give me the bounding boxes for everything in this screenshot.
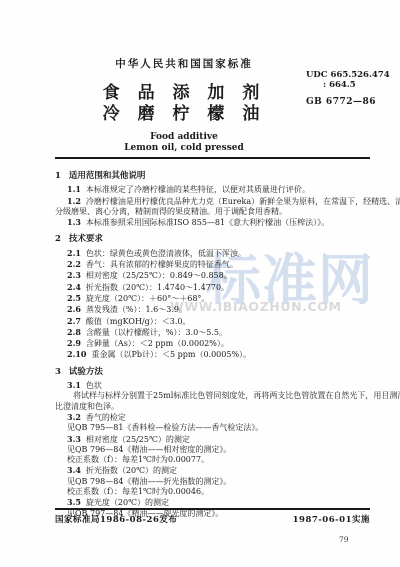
doc-line: 3.3相对密度（25/25℃）的测定 (55, 434, 373, 445)
doc-line-text: 校正系数（f）：每差1℃时为0.00046。 (67, 487, 209, 496)
doc-line-text: 折光指数（20℃）的测定 (86, 466, 177, 475)
doc-line: 3.5旋光度（20℃）的测定 (55, 497, 373, 508)
page-number: 79 (339, 535, 349, 544)
doc-line: 2.10重金属（以Pb计）：＜5 ppm（0.0005%）。 (55, 349, 373, 360)
doc-line-number: 1.1 (67, 184, 81, 194)
doc-line: 3.1色状 (55, 380, 373, 391)
doc-line-number: 3.3 (67, 434, 81, 444)
doc-line: 2.8含醛量（以柠檬醛计，%）：3.0～5.5。 (55, 327, 373, 338)
doc-line-text: 比澄清度和色泽。 (55, 402, 119, 411)
doc-line-text: 色状：绿黄色或黄色澄清液体，低温下浑浊。 (86, 249, 246, 258)
doc-line: 1.1本标准规定了冷磨柠檬油的某些特征，以便对其质量进行评价。 (55, 184, 373, 195)
doc-line: 3.2香气的检定 (55, 412, 373, 423)
doc-line: 2.9含砷量（As）：＜2 ppm（0.0002%）。 (55, 338, 373, 349)
doc-line: 3试验方法 (55, 367, 373, 377)
doc-line: 1适用范围和其他说明 (55, 171, 373, 181)
doc-line: 见QB 798—84《精油——折光指数的测定》。 (55, 477, 373, 487)
doc-line-number: 2.7 (67, 316, 81, 326)
doc-line-text: 分级磨果、离心分离，精制而得的果皮精油。用于调配食用香精。 (55, 207, 287, 216)
header-divider-rule (55, 157, 370, 159)
doc-line: 1.3本标准参照采用国际标准ISO 855—81《意大利柠檬油（压榨法）》。 (55, 217, 373, 228)
doc-line-number: 3.4 (67, 465, 81, 475)
doc-line-number: 3.1 (67, 380, 81, 390)
doc-line-text: 见QB 798—84《精油——折光指数的测定》。 (67, 477, 231, 486)
doc-line-number: 2.1 (67, 248, 81, 258)
doc-line-text: 折光指数（20℃）：1.4740～1.4770。 (86, 283, 229, 292)
doc-line: 2.3相对密度（25/25℃）：0.849～0.858。 (55, 270, 373, 281)
doc-line-text: 旋光度（20℃）：＋60°～＋68°。 (86, 294, 210, 303)
doc-line-text: 适用范围和其他说明 (69, 171, 146, 181)
doc-line-number: 2.8 (67, 327, 81, 337)
doc-line: 2.5旋光度（20℃）：＋60°～＋68°。 (55, 293, 373, 304)
title-english-line1: Food additive (0, 132, 368, 143)
national-standard-label: 中华人民共和国国家标准 (0, 56, 368, 71)
doc-line-text: 见QB 796—84《精油——相对密度的测定》。 (67, 445, 231, 454)
doc-line-number: 3.5 (67, 497, 81, 507)
udc-code-line2: : 664.5 (306, 81, 390, 91)
doc-line-text: 校正系数（f）：每差1℃时为0.00077。 (67, 455, 209, 464)
doc-line-number: 2 (55, 234, 61, 244)
doc-line-text: 相对密度（25/25℃）：0.849～0.858。 (86, 271, 232, 280)
doc-line-number: 3.2 (67, 412, 81, 422)
doc-line: 见QB 796—84《精油——相对密度的测定》。 (55, 445, 373, 455)
document-body: 1适用范围和其他说明1.1本标准规定了冷磨柠檬油的某些特征，以便对其质量进行评价… (55, 165, 373, 519)
doc-line-text: 蒸发残渣（%）：1.6～3.9。 (86, 305, 187, 314)
doc-line: 将试样与标样分别置于25ml标准比色管同刻度处，再将两支比色管放置在自然光下，用… (55, 391, 373, 401)
doc-line-text: 重金属（以Pb计）：＜5 ppm（0.0005%）。 (91, 350, 251, 359)
doc-line-text: 技术要求 (69, 234, 103, 244)
doc-line-number: 2.10 (67, 349, 86, 359)
doc-line-number: 3 (55, 367, 61, 377)
doc-line: 2.4折光指数（20℃）：1.4740～1.4770。 (55, 282, 373, 293)
doc-line-text: 香气：具有浓郁的柠檬鲜果皮的特征香气。 (86, 260, 238, 269)
doc-line-text: 香气的检定 (86, 413, 126, 422)
doc-line: 3.4折光指数（20℃）的测定 (55, 465, 373, 476)
doc-line-number: 2.4 (67, 282, 81, 292)
doc-line-number: 2.2 (67, 259, 81, 269)
doc-line-text: 相对密度（25/25℃）的测定 (86, 435, 190, 444)
doc-line-number: 1.2 (67, 196, 81, 206)
doc-line-number: 1.3 (67, 217, 81, 227)
doc-line-text: 见QB 795—81《香料检—检验方法——香气检定法》。 (67, 423, 263, 432)
doc-line: 比澄清度和色泽。 (55, 402, 373, 412)
doc-line-number: 2.6 (67, 304, 81, 314)
doc-line-number: 2.3 (67, 270, 81, 280)
doc-line: 2.1色状：绿黄色或黄色澄清液体，低温下浑浊。 (55, 248, 373, 259)
doc-line-text: 本标准规定了冷磨柠檬油的某些特征，以便对其质量进行评价。 (86, 185, 310, 194)
doc-line-text: 含砷量（As）：＜2 ppm（0.0002%）。 (86, 339, 229, 348)
doc-line: 校正系数（f）：每差1℃时为0.00077。 (55, 455, 373, 465)
doc-line-text: 旋光度（20℃）的测定 (86, 498, 169, 507)
standard-document-page: 标准网 WWW.IBIAOZHUN.COM 中华人民共和国国家标准 食 品 添 … (0, 0, 400, 567)
issued-date-text: 国家标准局1986-08-26发布 (55, 513, 177, 525)
doc-line-text: 本标准参照采用国际标准ISO 855—81《意大利柠檬油（压榨法）》。 (86, 218, 329, 227)
doc-line: 1.2冷磨柠檬油是用柠檬优良品种尤力克（Eureka）新鲜全果为原料，在常温下，… (55, 196, 373, 207)
doc-line-text: 试验方法 (69, 367, 103, 377)
doc-line-number: 2.5 (67, 293, 81, 303)
doc-line: 2.6蒸发残渣（%）：1.6～3.9。 (55, 304, 373, 315)
doc-line-text: 冷磨柠檬油是用柠檬优良品种尤力克（Eureka）新鲜全果为原料，在常温下，经精选… (86, 197, 400, 206)
effective-date-text: 1987-06-01实施 (293, 513, 370, 525)
doc-line: 2.7酸值（mgKOH/g）：＜3.0。 (55, 316, 373, 327)
udc-block: UDC 665.526.474 : 664.5 GB 6772—86 (306, 71, 390, 108)
doc-line-text: 含醛量（以柠檬醛计，%）：3.0～5.5。 (86, 328, 227, 337)
doc-line: 见QB 795—81《香料检—检验方法——香气检定法》。 (55, 423, 373, 433)
doc-line-text: 将试样与标样分别置于25ml标准比色管同刻度处，再将两支比色管放置在自然光下，用… (73, 391, 400, 400)
doc-line: 2技术要求 (55, 234, 373, 244)
footer-divider-rule (55, 508, 370, 510)
doc-line: 2.2香气：具有浓郁的柠檬鲜果皮的特征香气。 (55, 259, 373, 270)
document-footer: 国家标准局1986-08-26发布 1987-06-01实施 (55, 513, 370, 525)
doc-line-text: 酸值（mgKOH/g）：＜3.0。 (86, 317, 191, 326)
doc-line-number: 2.9 (67, 338, 81, 348)
doc-line-text: 色状 (86, 381, 102, 390)
standard-number: GB 6772—86 (306, 98, 390, 108)
doc-line: 分级磨果、离心分离，精制而得的果皮精油。用于调配食用香精。 (55, 207, 373, 217)
doc-line: 校正系数（f）：每差1℃时为0.00046。 (55, 487, 373, 497)
doc-line-number: 1 (55, 171, 61, 181)
title-english-line2: Lemon oil, cold pressed (0, 143, 368, 154)
